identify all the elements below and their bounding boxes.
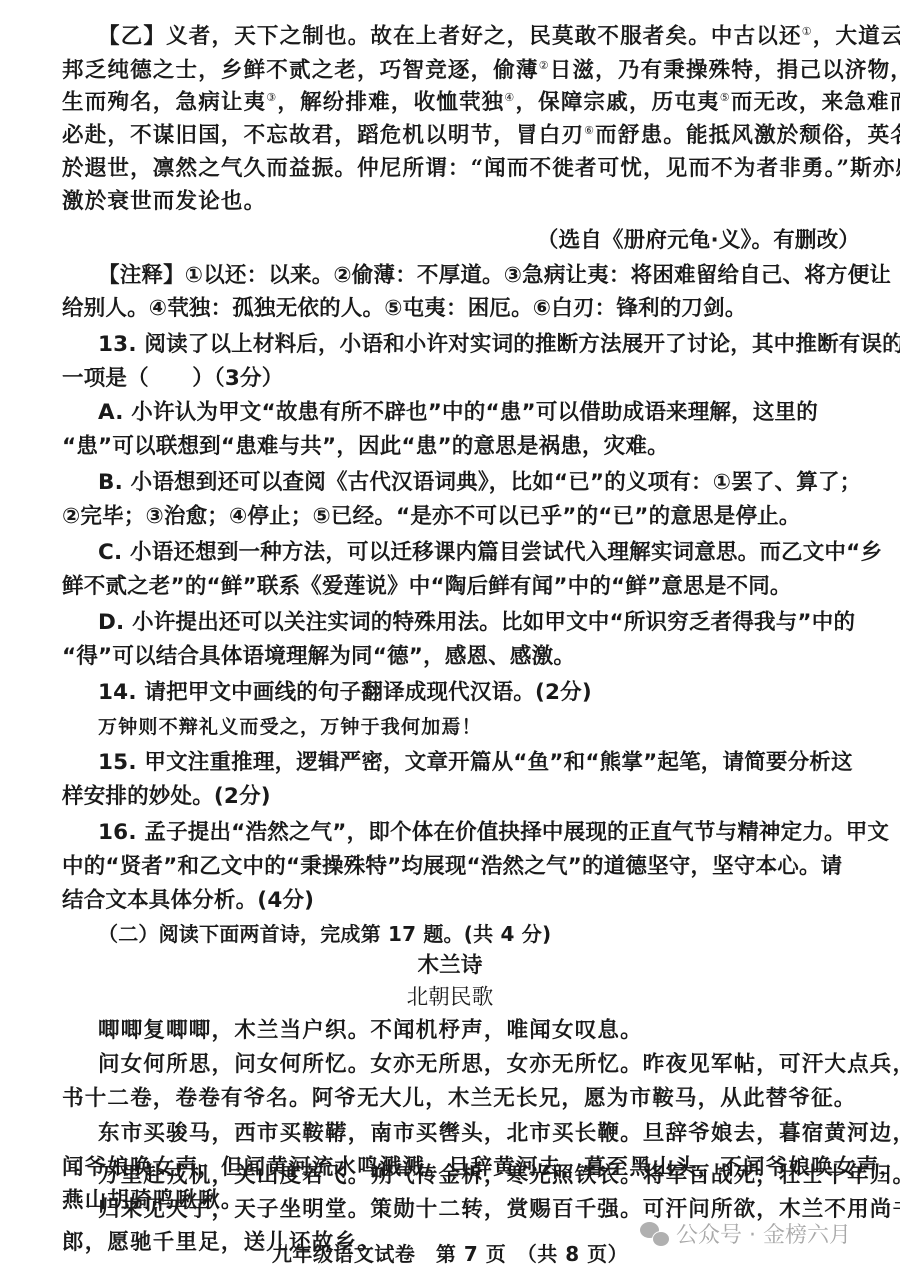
q15-stem-line-1: 15. 甲文注重推理，逻辑严密，文章开篇从“鱼”和“熊掌”起笔，请简要分析这 [98, 748, 898, 778]
text: ，保障宗戚，历屯夷 [515, 90, 719, 115]
notes-line-2: 给别人。④茕独：孤独无依的人。⑤屯夷：困厄。⑥白刃：锋利的刀剑。 [62, 294, 862, 324]
passage-source: （选自《册府元龟·义》。有删改） [537, 226, 860, 256]
q14-quote: 万钟则不辩礼义而受之，万钟于我何加焉！ [98, 712, 898, 742]
text: 日滋，乃有秉操殊特，捐己以济物，舍 [550, 58, 900, 83]
q16-stem-line-2: 中的“贤者”和乙文中的“秉操殊特”均展现“浩然之气”的道德坚守，坚守本心。请 [62, 852, 862, 882]
footnote-marker: ④ [504, 91, 515, 104]
footnote-marker: ② [539, 59, 550, 72]
footnote-marker: ③ [266, 91, 277, 104]
passage-yi-line-6: 激於衰世而发论也。 [62, 187, 862, 217]
footnote-marker: ⑥ [584, 124, 595, 137]
text: 【乙】义者，天下之制也。故在上者好之，民莫敢不服者矣。中古以还 [98, 24, 802, 49]
passage-yi-line-1: 【乙】义者，天下之制也。故在上者好之，民莫敢不服者矣。中古以还①，大道云丧， [98, 22, 898, 52]
poem-author: 北朝民歌 [0, 983, 900, 1013]
text: 而无改，来急难而 [731, 90, 900, 115]
text: 生而殉名，急病让夷 [62, 90, 266, 115]
q13-option-d-line-1: D. 小许提出还可以关注实词的特殊用法。比如甲文中“所识穷乏者得我与”中的 [98, 608, 898, 638]
exam-page: 【乙】义者，天下之制也。故在上者好之，民莫敢不服者矣。中古以还①，大道云丧， 邦… [0, 0, 900, 1273]
footnote-marker: ⑤ [720, 91, 731, 104]
notes-line-1: 【注释】①以还：以来。②偷薄：不厚道。③急病让夷：将困难留给自己、将方便让 [98, 261, 898, 291]
q16-stem-line-3: 结合文本具体分析。(4分) [62, 886, 862, 916]
text: 激於衰世而发论也。 [62, 189, 266, 214]
q13-option-b-line-2: ②完毕；③治愈；④停止；⑤已经。“是亦不可以已乎”的“已”的意思是停止。 [62, 502, 862, 532]
text: 邦乏纯德之士，乡鲜不贰之老，巧智竞逐，偷薄 [62, 58, 539, 83]
page-footer: 九年级语文试卷 第 7 页 （共 8 页） [0, 1238, 900, 1267]
q14-stem: 14. 请把甲文中画线的句子翻译成现代汉语。(2分) [98, 678, 898, 708]
text: 必赴，不谋旧国，不忘故君，蹈危机以明节，冒白刃 [62, 123, 584, 148]
q13-option-c-line-1: C. 小语还想到一种方法，可以迁移课内篇目尝试代入理解实词意思。而乙文中“乡 [98, 538, 898, 568]
section-2-heading: （二）阅读下面两首诗，完成第 17 题。(共 4 分) [98, 919, 898, 949]
q13-option-b-line-1: B. 小语想到还可以查阅《古代汉语词典》，比如“已”的义项有：①罢了、算了； [98, 468, 898, 498]
q16-stem-line-1: 16. 孟子提出“浩然之气”，即个体在价值抉择中展现的正直气节与精神定力。甲文 [98, 818, 898, 848]
q13-option-a-line-2: “患”可以联想到“患难与共”，因此“患”的意思是祸患，灾难。 [62, 432, 862, 462]
text: 於遐世，凛然之气久而益振。仲尼所谓：“闻而不徙者可忧，见而不为者非勇。”斯亦感 [62, 156, 900, 181]
text: ，大道云丧， [813, 24, 900, 49]
q15-stem-line-2: 样安排的妙处。(2分) [62, 782, 862, 812]
q13-stem-line-1: 13. 阅读了以上材料后，小语和小许对实词的推断方法展开了讨论，其中推断有误的 [98, 330, 898, 360]
poem-title: 木兰诗 [0, 951, 900, 981]
footnote-marker: ① [802, 25, 813, 38]
passage-yi-line-4: 必赴，不谋旧国，不忘故君，蹈危机以明节，冒白刃⑥而舒患。能抵风激於颓俗，英名传 [62, 121, 862, 151]
text: ，解纷排难，收恤茕独 [277, 90, 504, 115]
text: 而舒患。能抵风激於颓俗，英名传 [595, 123, 900, 148]
passage-yi-line-2: 邦乏纯德之士，乡鲜不贰之老，巧智竞逐，偷薄②日滋，乃有秉操殊特，捐己以济物，舍 [62, 56, 862, 86]
q13-option-c-line-2: 鲜不贰之老”的“鲜”联系《爱莲说》中“陶后鲜有闻”中的“鲜”意思是不同。 [62, 572, 862, 602]
passage-yi-line-3: 生而殉名，急病让夷③，解纷排难，收恤茕独④，保障宗戚，历屯夷⑤而无改，来急难而 [62, 88, 862, 118]
passage-yi-line-5: 於遐世，凛然之气久而益振。仲尼所谓：“闻而不徙者可忧，见而不为者非勇。”斯亦感 [62, 154, 862, 184]
q13-option-d-line-2: “得”可以结合具体语境理解为同“德”，感恩、感激。 [62, 642, 862, 672]
q13-option-a-line-1: A. 小许认为甲文“故患有所不辟也”中的“患”可以借助成语来理解，这里的 [98, 398, 898, 428]
q13-stem-line-2: 一项是（ ）（3分） [62, 364, 862, 394]
